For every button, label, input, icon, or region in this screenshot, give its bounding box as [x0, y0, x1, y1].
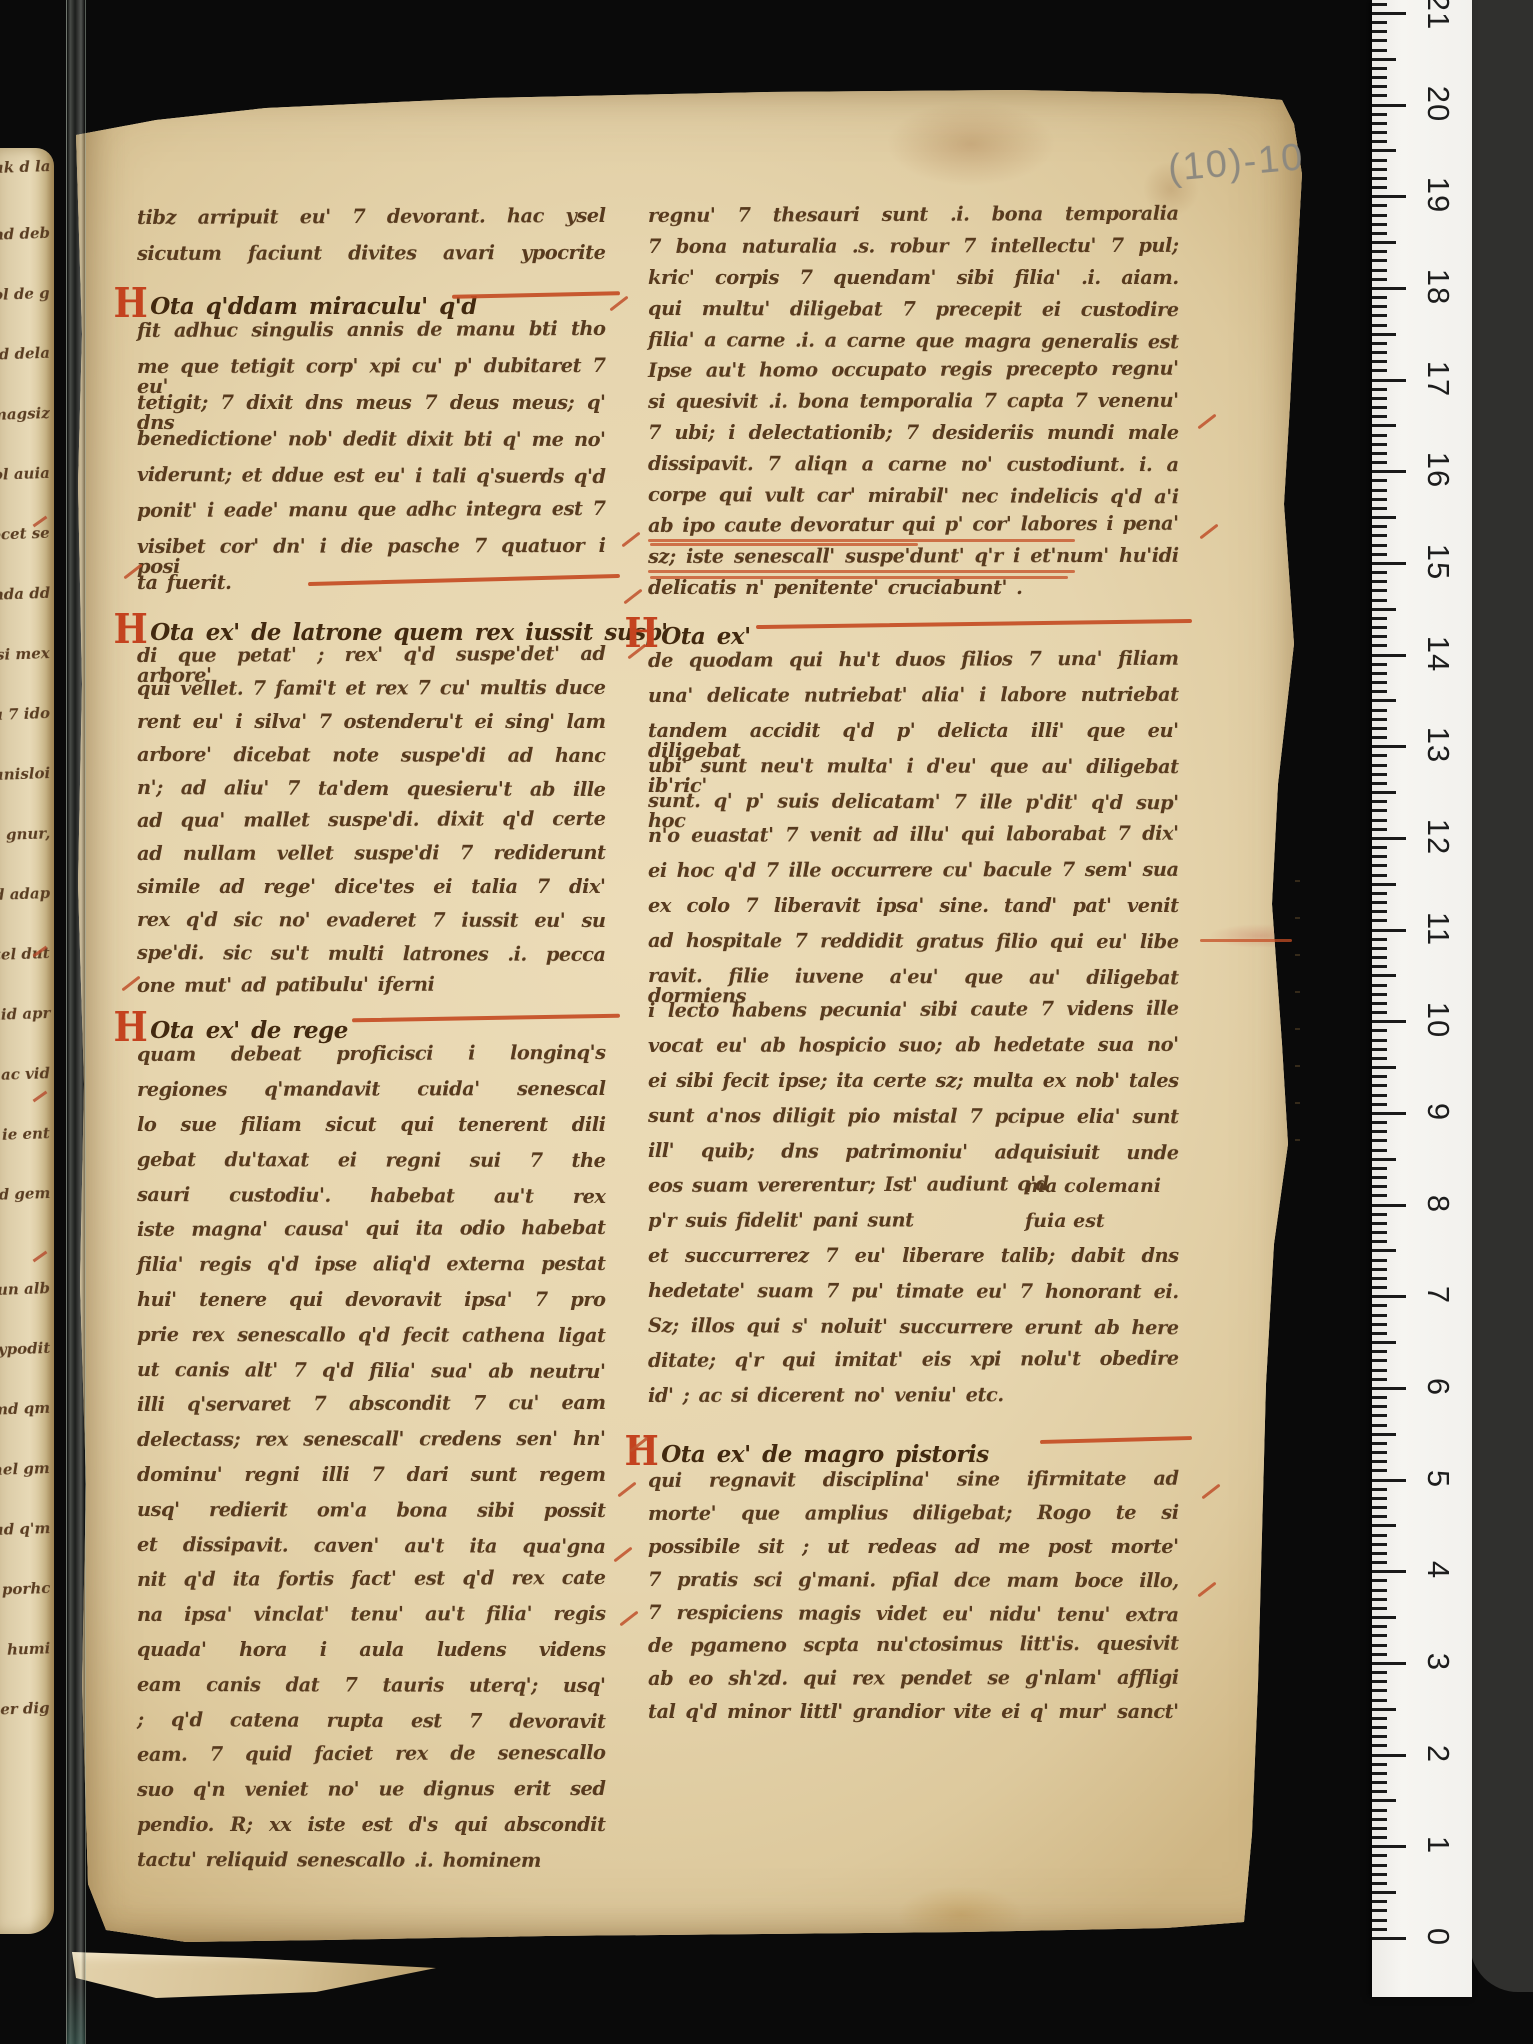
ruler-tick: [1372, 1204, 1406, 1207]
ruler-tick: [1372, 461, 1387, 464]
ruler-tick: [1372, 782, 1387, 785]
ruler-tick: [1372, 1625, 1387, 1628]
manuscript-text-line: dissipavit. 7 aliqn a carne no' custodiu…: [648, 453, 1179, 474]
ruler-tick: [1372, 974, 1396, 977]
red-underline: [648, 539, 1075, 542]
facing-page-text-fragment: ad gem: [0, 1184, 50, 1204]
ruler-tick: [1372, 745, 1406, 748]
ruler-tick: [1372, 1176, 1387, 1179]
ruler-tick: [1372, 1919, 1387, 1922]
manuscript-text-line: n'o euastat' 7 venit ad illu' qui labora…: [648, 823, 1179, 845]
facing-page-text-fragment: anisloi: [0, 764, 50, 784]
ruler-number: 7: [1422, 1263, 1454, 1327]
pricking-mark: [1295, 1102, 1300, 1104]
facing-page-text-fragment: ak d la: [0, 157, 50, 177]
ruler-tick: [1372, 1579, 1387, 1582]
ruler-tick: [1372, 1726, 1387, 1729]
heading-text: Ota ex' de magro pistoris: [661, 1441, 989, 1468]
ruler-tick: [1372, 635, 1387, 638]
ruler-tick: [1372, 516, 1396, 519]
manuscript-text-line: si quesivit .i. bona temporalia 7 capta …: [648, 390, 1179, 411]
ruler-tick: [1372, 699, 1396, 702]
ruler-tick: [1372, 1634, 1387, 1637]
ruler-tick: [1372, 562, 1406, 565]
ruler-tick: [1372, 186, 1387, 189]
ruler-number: 13: [1422, 713, 1454, 777]
ruler-tick: [1372, 1194, 1387, 1197]
manuscript-text-line: vocat eu' ab hospicio suo; ab hedetate s…: [648, 1034, 1179, 1055]
ruler-tick: [1372, 1781, 1387, 1784]
ruler-tick: [1372, 1011, 1387, 1014]
manuscript-text-line: 7 respiciens magis videt eu' nidu' tenu'…: [648, 1602, 1179, 1624]
ruler-tick: [1372, 1442, 1387, 1445]
ruler-tick: [1372, 1717, 1387, 1720]
ruler-tick: [1372, 1937, 1406, 1940]
ruler-number: 9: [1422, 1080, 1454, 1144]
ruler-tick: [1372, 94, 1387, 97]
ruler-tick: [1372, 324, 1387, 327]
ruler-tick: [1372, 690, 1387, 693]
facing-page-text-fragment: hel gm: [0, 1459, 50, 1479]
facing-page-text-fragment: rol auia: [0, 464, 50, 484]
ruler-tick: [1372, 681, 1387, 684]
manuscript-text-line: hui' tenere qui devoravit ipsa' 7 pro: [137, 1289, 606, 1309]
ruler-tick: [1372, 1818, 1387, 1821]
ruler-tick: [1372, 278, 1387, 281]
manuscript-text-line: ill' quib; dns patrimoniu' adquisiuit un…: [648, 1140, 1179, 1162]
ruler-tick: [1372, 1424, 1387, 1427]
ruler-tick: [1372, 1790, 1387, 1793]
manuscript-text-line: id' ; ac si dicerent no' veniu' etc.: [648, 1384, 1179, 1405]
ruler-tick: [1372, 626, 1387, 629]
ruler-tick: [1372, 204, 1387, 207]
glass-weight-strip: [66, 0, 86, 2044]
facing-page-text-fragment: u 7 ido: [0, 704, 50, 724]
ruler-tick: [1372, 773, 1387, 776]
ruler-tick: [1372, 1460, 1387, 1463]
manuscript-text-line: tibz arripuit eu' 7 devorant. hac ysel: [137, 205, 606, 227]
ruler-tick: [1372, 241, 1396, 244]
manuscript-text-line: ab ipo caute devoratur qui p' cor' labor…: [648, 513, 1179, 535]
manuscript-text-line: benedictione' nob' dedit dixit bti q' me…: [137, 428, 606, 449]
facing-page-text-fragment: magsiz: [0, 404, 50, 424]
ruler-tick: [1372, 12, 1406, 15]
ruler-tick: [1372, 525, 1387, 528]
manuscript-text-line: arbore' dicebat note suspe'di ad hanc: [137, 744, 606, 765]
red-underline: [650, 543, 918, 546]
pricking-mark: [1295, 1065, 1300, 1067]
ruler-tick: [1372, 965, 1387, 968]
manuscript-text-line: eam canis dat 7 tauris uterq'; usq': [137, 1674, 606, 1695]
ruler-tick: [1372, 424, 1396, 427]
manuscript-text-line: corpe qui vult car' mirabil' nec indelic…: [648, 484, 1179, 506]
manuscript-text-line: qui vellet. 7 fami't et rex 7 cu' multis…: [137, 677, 606, 698]
ruler-number: 18: [1422, 255, 1454, 319]
manuscript-text-line: de pgameno scpta nu'ctosimus litt'is. qu…: [648, 1633, 1179, 1655]
facing-page-text-fragment: und dela: [0, 344, 50, 365]
ruler-tick: [1372, 507, 1387, 510]
ruler-tick: [1372, 1744, 1387, 1747]
manuscript-text-line: ad nullam vellet suspe'di 7 rediderunt: [137, 842, 606, 863]
ruler-tick: [1372, 1139, 1387, 1142]
ruler-tick: [1372, 589, 1387, 592]
ruler-tick: [1372, 1057, 1387, 1060]
manuscript-text-line: possibile sit ; ut redeas ad me post mor…: [648, 1536, 1179, 1556]
ruler-tick: [1372, 21, 1387, 24]
ruler-tick: [1372, 434, 1387, 437]
facing-page-text-fragment: nid apr: [0, 1004, 50, 1024]
ruler-tick: [1372, 1259, 1387, 1262]
manuscript-text-line: ex colo 7 liberavit ipsa' sine. tand' pa…: [648, 895, 1179, 915]
manuscript-text-line: suo q'n veniet no' ue dignus erit sed: [137, 1778, 606, 1799]
ruler-tick: [1372, 1277, 1387, 1280]
ruler-tick: [1372, 1295, 1406, 1298]
manuscript-text-line: spe'di. sic su't multi latrones .i. pecc…: [137, 942, 606, 964]
ruler-tick: [1372, 1598, 1387, 1601]
ruler-tick: [1372, 1836, 1387, 1839]
manuscript-text-line: sunt a'nos diligit pio mistal 7 pcipue e…: [648, 1105, 1179, 1126]
manuscript-text-line: fit adhuc singulis annis de manu bti tho: [137, 318, 606, 340]
ruler-tick: [1372, 1662, 1406, 1665]
ruler-tick: [1372, 1378, 1387, 1381]
manuscript-text-line: ditate; q'r qui imitat' eis xpi nolu't o…: [648, 1348, 1179, 1370]
facing-page-text-fragment: humi: [6, 1639, 50, 1659]
ruler-tick: [1372, 1359, 1387, 1362]
ruler-tick: [1372, 1809, 1387, 1812]
ruler-tick: [1372, 1570, 1406, 1573]
ruler-number: 3: [1422, 1630, 1454, 1694]
ruler-tick: [1372, 379, 1406, 382]
ruler-number: 4: [1422, 1538, 1454, 1602]
ruler-tick: [1372, 1029, 1387, 1032]
red-underline: [650, 576, 1068, 579]
ruler-tick: [1372, 1084, 1387, 1087]
ruler-number: 19: [1422, 163, 1454, 227]
facing-page-text-fragment: i ypodit: [0, 1339, 50, 1359]
ruler-tick: [1372, 397, 1387, 400]
ruler-tick: [1372, 910, 1387, 913]
ruler-tick: [1372, 1323, 1387, 1326]
section-heading: HOta ex' de rege: [115, 1007, 348, 1046]
ruler-number: 11: [1422, 897, 1454, 961]
ruler-tick: [1372, 1891, 1396, 1894]
ruler-tick: [1372, 1497, 1387, 1500]
ruler-number: 17: [1422, 347, 1454, 411]
ruler-tick: [1372, 608, 1396, 611]
ruler-tick: [1372, 122, 1387, 125]
ruler-tick: [1372, 892, 1387, 895]
interlinear-fragment: fuia est: [1025, 1210, 1105, 1232]
ruler-tick: [1372, 1680, 1387, 1683]
ruler-number: 20: [1422, 72, 1454, 136]
ruler-tick: [1372, 956, 1387, 959]
ruler-tick: [1372, 259, 1387, 262]
manuscript-text-line: 7 bona naturalia .s. robur 7 intellectu'…: [648, 235, 1179, 256]
ruler-tick: [1372, 1387, 1406, 1390]
ruler-tick: [1372, 498, 1387, 501]
ruler-tick: [1372, 1185, 1387, 1188]
ruler-number: 0: [1422, 1905, 1454, 1969]
ruler-tick: [1372, 1167, 1387, 1170]
heading-text: Ota ex' de rege: [150, 1017, 348, 1044]
ruler-tick: [1372, 1754, 1406, 1757]
manuscript-text-line: qui regnavit disciplina' sine ifirmitate…: [648, 1468, 1179, 1490]
ruler-tick: [1372, 1644, 1387, 1647]
ruler-tick: [1372, 1671, 1387, 1674]
ruler-tick: [1372, 580, 1387, 583]
ruler-tick: [1372, 1350, 1387, 1353]
ruler-tick: [1372, 287, 1406, 290]
ruler-tick: [1372, 232, 1387, 235]
ruler-dark-backing: [1470, 0, 1533, 1992]
manuscript-text-line: de quodam qui hu't duos filios 7 una' fi…: [648, 648, 1179, 670]
interlinear-fragment: ma colemani: [1025, 1175, 1161, 1197]
ruler-tick: [1372, 3, 1387, 6]
ruler-number: 1: [1422, 1813, 1454, 1877]
facing-page-text-fragment: ol de g: [0, 284, 50, 304]
ruler-tick: [1372, 837, 1406, 840]
ruler-tick: [1372, 1075, 1387, 1078]
manuscript-text-line: illi q'servaret 7 abscondit 7 cu' eam: [137, 1392, 606, 1414]
facing-page-edge: ak d laund debol de gund delamagsizrol a…: [0, 148, 54, 1934]
ruler-tick: [1372, 1699, 1387, 1702]
ruler-tick: [1372, 1039, 1387, 1042]
ruler-tick: [1372, 30, 1387, 33]
ruler-tick: [1372, 113, 1387, 116]
ruler-tick: [1372, 443, 1387, 446]
ruler-tick: [1372, 149, 1396, 152]
pricking-mark: [1295, 991, 1300, 993]
ruler-tick: [1372, 1451, 1387, 1454]
ruler-tick: [1372, 1799, 1396, 1802]
ruler-tick: [1372, 553, 1387, 556]
ruler-tick: [1372, 754, 1387, 757]
ruler-tick: [1372, 828, 1387, 831]
ruler-tick: [1372, 76, 1387, 79]
ruler-tick: [1372, 984, 1387, 987]
manuscript-text-line: ei sibi fecit ipse; ita certe sz; multa …: [648, 1070, 1179, 1090]
ruler-tick: [1372, 159, 1387, 162]
manuscript-text-line: regnu' 7 thesauri sunt .i. bona temporal…: [648, 203, 1179, 225]
ruler-number: 15: [1422, 530, 1454, 594]
facing-page-text-fragment: aper dig: [0, 1699, 50, 1719]
manuscript-text-line: et succurrerez 7 eu' liberare talib; dab…: [648, 1245, 1179, 1265]
ruler-tick: [1372, 1689, 1387, 1692]
pricking-mark: [1295, 917, 1300, 919]
ruler-tick: [1372, 864, 1387, 867]
ruler-tick: [1372, 369, 1387, 372]
manuscript-text-line: rent eu' i silva' 7 ostenderu't ei sing'…: [137, 711, 606, 731]
manuscript-text-line: ab eo sh'zd. qui rex pendet se g'nlam' a…: [648, 1667, 1179, 1688]
manuscript-text-line: i lecto habens pecunia' sibi caute 7 vid…: [648, 998, 1179, 1020]
ruler-tick: [1372, 140, 1387, 143]
ruler-tick: [1372, 929, 1406, 932]
facing-page-red-mark: [33, 1251, 48, 1263]
manuscript-text-line: one mut' ad patibulu' iferni: [137, 973, 606, 995]
ruler-tick: [1372, 1616, 1396, 1619]
ruler-tick: [1372, 663, 1387, 666]
ruler-tick: [1372, 1405, 1387, 1408]
manuscript-text-line: eam. 7 quid faciet rex de senescallo: [137, 1742, 606, 1764]
ruler-tick: [1372, 617, 1387, 620]
ruler-tick: [1372, 883, 1396, 886]
manuscript-text-line: pendio. R; xx iste est d's qui abscondit: [137, 1814, 606, 1834]
manuscript-text-line: ad hospitale 7 reddidit gratus filio qui…: [648, 930, 1179, 951]
ruler-tick: [1372, 1854, 1387, 1857]
manuscript-text-line: lo sue filiam sicut qui tenerent dili: [137, 1114, 606, 1134]
ruler-tick: [1372, 1066, 1396, 1069]
ruler-tick: [1372, 919, 1387, 922]
ruler-tick: [1372, 1534, 1387, 1537]
manuscript-photo: ak d laund debol de gund delamagsizrol a…: [0, 0, 1533, 2044]
ruler-number: 10: [1422, 988, 1454, 1052]
ruler-tick: [1372, 85, 1387, 88]
red-underline: [1200, 939, 1292, 942]
facing-page-text-fragment: ad q'm: [0, 1519, 50, 1539]
ruler-tick: [1372, 1048, 1387, 1051]
ruler-number: 21: [1422, 0, 1454, 44]
ruler-tick: [1372, 1607, 1387, 1610]
ruler-tick: [1372, 1561, 1387, 1564]
ruler-tick: [1372, 67, 1387, 70]
manuscript-text-line: delicatis n' penitente' cruciabunt' .: [648, 577, 1179, 597]
manuscript-text-line: sz; iste senescall' suspe'dunt' q'r i et…: [648, 545, 1179, 566]
ruler-tick: [1372, 1222, 1387, 1225]
pricking-mark: [1295, 880, 1300, 882]
ruler-tick: [1372, 1433, 1396, 1436]
section-heading: HOta ex' de magro pistoris: [626, 1431, 989, 1470]
ruler-tick: [1372, 1213, 1387, 1216]
ruler-tick: [1372, 1488, 1387, 1491]
ruler-tick: [1372, 1130, 1387, 1133]
ruler-tick: [1372, 1864, 1387, 1867]
manuscript-text-line: quada' hora i aula ludens videns: [137, 1639, 606, 1659]
manuscript-text-line: n'; ad aliu' 7 ta'dem quesieru't ab ille: [137, 777, 606, 799]
manuscript-text-line: qui multu' diligebat 7 precepit ei custo…: [648, 298, 1179, 319]
ruler-tick: [1372, 1873, 1387, 1876]
ruler-tick: [1372, 1515, 1387, 1518]
ruler-tick: [1372, 333, 1396, 336]
ruler-tick: [1372, 809, 1387, 812]
ruler-tick: [1372, 1158, 1396, 1161]
ruler-tick: [1372, 342, 1387, 345]
facing-page-text-fragment: dimd qm: [0, 1399, 50, 1420]
ruler-tick: [1372, 718, 1387, 721]
ruler-tick: [1372, 360, 1387, 363]
manuscript-text-line: sauri custodiu'. habebat au't rex: [137, 1184, 606, 1206]
ruler-tick: [1372, 1469, 1387, 1472]
ruler-tick: [1372, 993, 1387, 996]
manuscript-text-line: kric' corpis 7 quendam' sibi filia' .i. …: [648, 267, 1179, 287]
ruler-tick: [1372, 736, 1387, 739]
manuscript-text-line: ei hoc q'd 7 ille occurrere cu' bacule 7…: [648, 859, 1179, 880]
ruler-tick: [1372, 855, 1387, 858]
manuscript-text-line: filia' a carne .i. a carne que magra gen…: [648, 329, 1179, 351]
manuscript-text-line: ponit' i eade' manu que adhc integra est…: [137, 498, 606, 520]
ruler-tick: [1372, 599, 1387, 602]
facing-page-text-fragment: i porhc: [0, 1579, 50, 1599]
ruler-tick: [1372, 269, 1387, 272]
ruler-tick: [1372, 1506, 1387, 1509]
ruler-tick: [1372, 58, 1396, 61]
manuscript-text-line: 7 ubi; i delectationib; 7 desideriis mun…: [648, 422, 1179, 442]
ruler-tick: [1372, 672, 1387, 675]
ruler-tick: [1372, 388, 1387, 391]
manuscript-text-line: morte' que amplius diligebat; Rogo te si: [648, 1502, 1179, 1523]
ruler-number: 8: [1422, 1172, 1454, 1236]
pricking-mark: [1295, 1139, 1300, 1141]
manuscript-text-line: una' delicate nutriebat' alia' i labore …: [648, 684, 1179, 705]
manuscript-text-line: ad qua' mallet suspe'di. dixit q'd certe: [137, 808, 606, 830]
heading-text: Ota ex': [661, 623, 750, 650]
ruler-tick: [1372, 644, 1387, 647]
manuscript-text-line: Sz; illos qui s' noluit' succurrere erun…: [648, 1315, 1179, 1337]
ruler-number: 14: [1422, 622, 1454, 686]
ruler-tick: [1372, 1414, 1387, 1417]
ruler-tick: [1372, 800, 1387, 803]
manuscript-text-line: 7 pratis sci g'mani. pfial dce mam boce …: [648, 1569, 1179, 1590]
ruler-tick: [1372, 1543, 1387, 1546]
ruler-tick: [1372, 534, 1387, 537]
facing-page-text-fragment: uocet se: [0, 524, 50, 544]
ruler-tick: [1372, 131, 1387, 134]
manuscript-text-line: na ipsa' vinclat' tenu' au't filia' regi…: [137, 1603, 606, 1624]
ruler-tick: [1372, 1240, 1387, 1243]
ruler-tick: [1372, 296, 1387, 299]
bottom-corner-fold: [66, 1952, 446, 2004]
manuscript-text-line: ; q'd catena rupta est 7 devoravit: [137, 1709, 606, 1731]
facing-page-text-fragment: d adap: [0, 884, 50, 904]
manuscript-text-line: quam debeat proficisci i longinq's: [137, 1042, 606, 1064]
ruler-tick: [1372, 1103, 1387, 1106]
facing-page-text-fragment: unda dd: [0, 584, 50, 604]
manuscript-text-line: prie rex senescallo q'd fecit cathena li…: [137, 1324, 606, 1345]
ruler-tick: [1372, 571, 1387, 574]
manuscript-text-line: iste magna' causa' qui ita odio habebat: [137, 1217, 606, 1239]
ruler-tick: [1372, 168, 1387, 171]
ruler-number: 12: [1422, 805, 1454, 869]
ruler-tick: [1372, 1112, 1406, 1115]
manuscript-text-line: Ipse au't homo occupato regis precepto r…: [648, 358, 1179, 380]
ruler-tick: [1372, 1735, 1387, 1738]
ruler-tick: [1372, 1268, 1387, 1271]
ruler-tick: [1372, 177, 1387, 180]
facing-page-text-fragment: ie ent: [2, 1124, 50, 1144]
manuscript-text-line: et dissipavit. caven' au't ita qua'gna: [137, 1534, 606, 1556]
ruler-tick: [1372, 1249, 1396, 1252]
ruler-tick: [1372, 1552, 1387, 1555]
ruler-tick: [1372, 314, 1387, 317]
ruler-tick: [1372, 250, 1387, 253]
ruler-tick: [1372, 764, 1387, 767]
manuscript-text-line: tal q'd minor littl' grandior vite ei q'…: [648, 1701, 1179, 1721]
ruler-tick: [1372, 470, 1406, 473]
ruler-tick: [1372, 1708, 1396, 1711]
ruler-tick: [1372, 846, 1387, 849]
ruler-tick: [1372, 489, 1387, 492]
ruler-tick: [1372, 1094, 1387, 1097]
ruler-tick: [1372, 479, 1387, 482]
ruler-tick: [1372, 544, 1387, 547]
red-underline: [648, 570, 1075, 573]
ruler-tick: [1372, 1772, 1387, 1775]
facing-page-text-fragment: un alb: [0, 1279, 50, 1299]
ruler-tick: [1372, 1002, 1387, 1005]
ruler-tick: [1372, 874, 1387, 877]
facing-page-text-fragment: gnur,: [5, 824, 50, 844]
facing-page-text-fragment: ac vid: [1, 1064, 51, 1084]
ruler-tick: [1372, 39, 1387, 42]
